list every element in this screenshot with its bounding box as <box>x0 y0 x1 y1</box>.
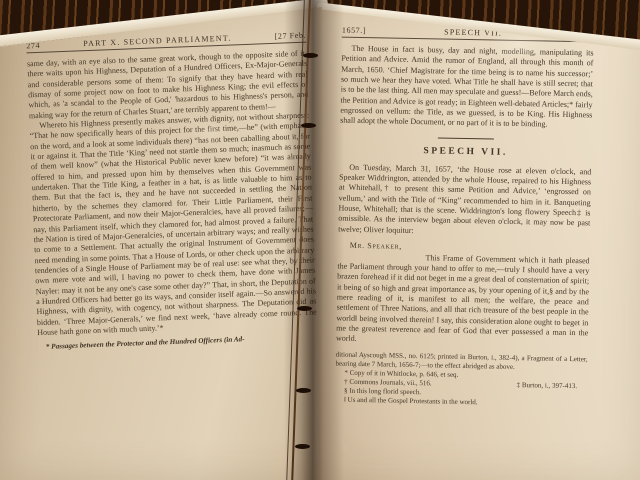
section-divider <box>438 137 494 139</box>
paragraph: same day, with an eye also to the same g… <box>27 49 309 122</box>
right-page-text-block: 1657.] SPEECH VII. 275 The House in fact… <box>335 26 594 409</box>
binding-stitch-knot <box>303 53 318 58</box>
footnote-block: ditional Ayscough MSS., no. 6125; printe… <box>335 350 588 409</box>
paper-blemish <box>190 120 230 146</box>
paragraph: The House in fact is busy, day and night… <box>340 44 594 132</box>
binding-stitch-knot <box>296 388 311 393</box>
binding-stitch-knot <box>295 444 310 449</box>
left-page-text-block: 274 PART X. SECOND PARLIAMENT. [27 Feb. … <box>26 31 318 352</box>
speech-paragraph: This Frame of Government which it hath p… <box>336 251 590 349</box>
left-running-title: PART X. SECOND PARLIAMENT. <box>83 33 232 48</box>
section-heading: SPEECH VII. <box>340 144 592 159</box>
right-header-year: 1657.] <box>342 26 366 35</box>
left-page: 274 PART X. SECOND PARLIAMENT. [27 Feb. … <box>0 0 322 480</box>
right-page: 1657.] SPEECH VII. 275 The House in fact… <box>318 0 640 480</box>
paragraph: On Tuesday, March 31, 1657, ‘the House r… <box>338 162 591 239</box>
book-photo: 274 PART X. SECOND PARLIAMENT. [27 Feb. … <box>0 0 640 480</box>
binding-stitch-knot <box>297 306 312 311</box>
binding-stitch-knot <box>301 123 316 128</box>
paragraph: Whereto his Highness presently makes ans… <box>29 111 317 339</box>
footnote: ‡ Burton, i., 397-413. <box>517 381 578 391</box>
